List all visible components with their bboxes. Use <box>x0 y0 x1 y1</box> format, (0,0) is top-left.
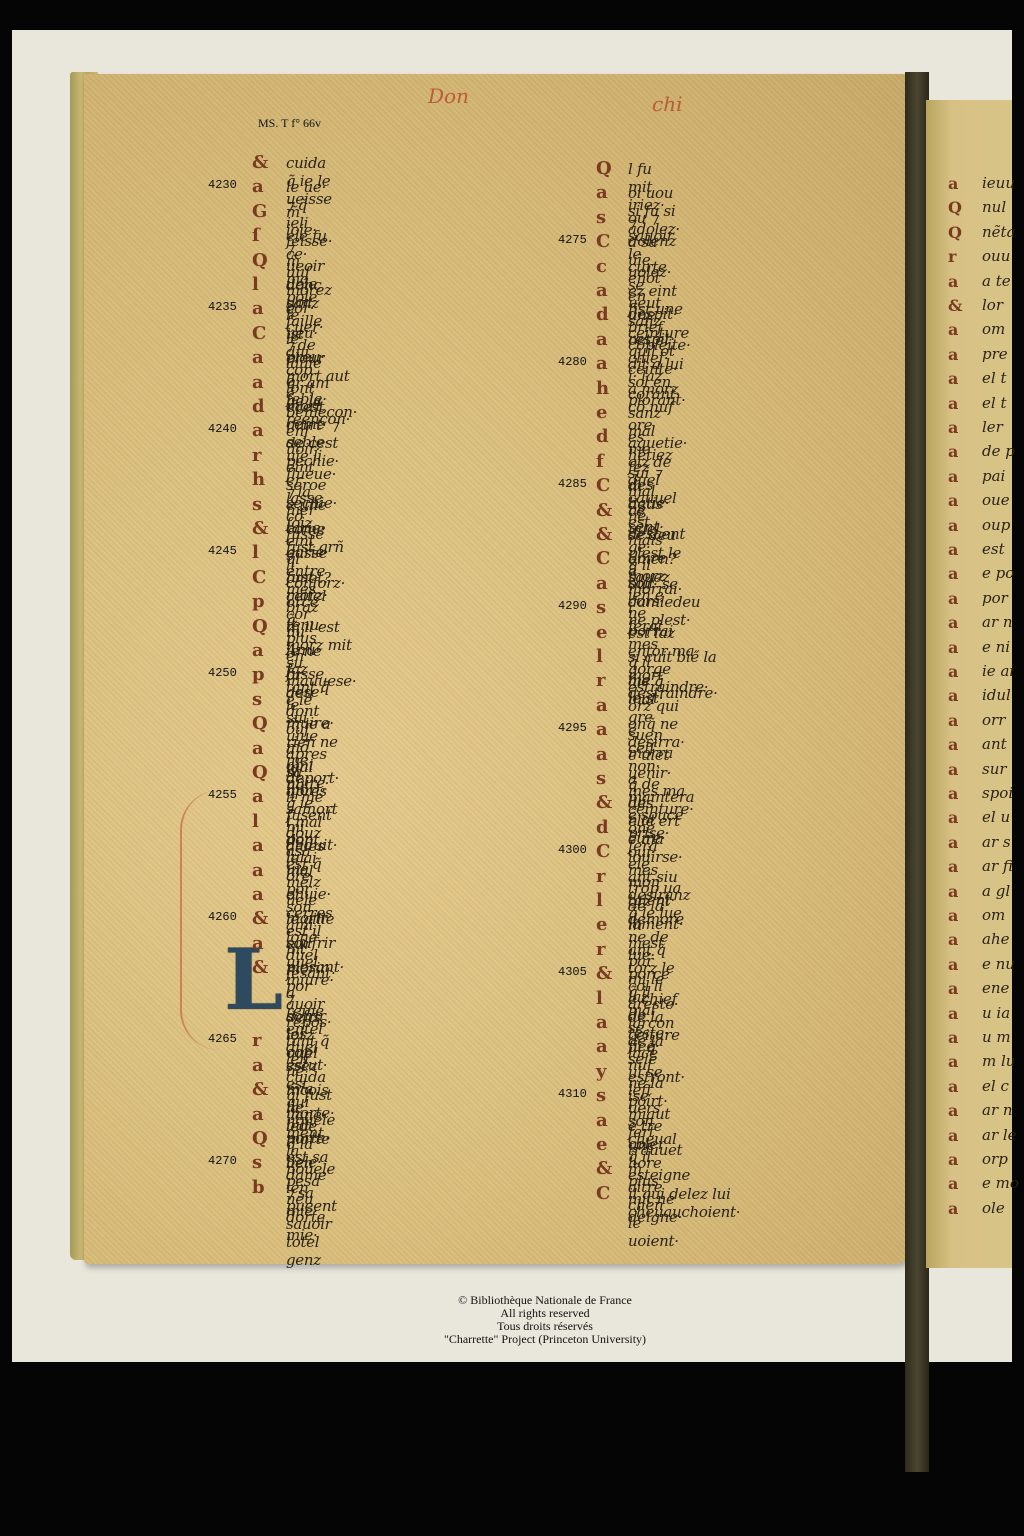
facing-line-initial: a <box>948 1199 958 1218</box>
line-initial: r <box>596 939 605 960</box>
line-initial: h <box>596 378 609 399</box>
line-initial: a <box>252 372 264 393</box>
line-initial: & <box>596 792 612 813</box>
line-initial: c <box>596 256 607 277</box>
line-initial: b <box>252 1177 265 1198</box>
facing-verse-fragment: nẽta <box>982 223 1016 241</box>
line-initial: a <box>252 1055 264 1076</box>
facing-line-initial: a <box>948 418 958 437</box>
facing-verse-fragment: ole <box>982 1199 1005 1217</box>
rubric-left: Don <box>428 84 469 108</box>
facing-verse-fragment: u ia <box>982 1004 1010 1022</box>
line-number: 4250 <box>208 666 237 680</box>
line-number: 4260 <box>208 910 237 924</box>
facing-verse-fragment: e nu <box>982 955 1015 973</box>
facing-verse-fragment: m lu <box>982 1052 1015 1070</box>
facing-line-initial: Q <box>948 198 962 217</box>
line-initial: C <box>596 475 610 496</box>
line-initial: e <box>596 914 607 935</box>
facing-line-initial: a <box>948 784 958 803</box>
line-initial: a <box>596 695 608 716</box>
line-initial: C <box>596 548 610 569</box>
line-initial: a <box>596 280 608 301</box>
line-initial: l <box>596 988 603 1009</box>
facing-line-initial: a <box>948 1174 958 1193</box>
line-initial: l <box>252 811 259 832</box>
facing-line-initial: a <box>948 589 958 608</box>
facing-line-initial: a <box>948 906 958 925</box>
line-initial: p <box>252 664 265 685</box>
facing-line-initial: a <box>948 1126 958 1145</box>
line-initial: Q <box>252 1128 268 1149</box>
line-number: 4235 <box>208 300 237 314</box>
facing-line-initial: a <box>948 662 958 681</box>
line-initial: a <box>252 176 264 197</box>
facing-verse-fragment: ar n <box>982 1101 1013 1119</box>
facing-verse-fragment: est <box>982 540 1005 558</box>
line-initial: a <box>252 835 264 856</box>
facing-line-initial: Q <box>948 223 962 242</box>
facing-line-initial: a <box>948 638 958 657</box>
line-initial: s <box>596 207 606 228</box>
line-number: 4270 <box>208 1154 237 1168</box>
line-initial: r <box>252 445 261 466</box>
line-initial: a <box>596 719 608 740</box>
facing-line-initial: a <box>948 174 958 193</box>
facing-verse-fragment: ene <box>982 979 1009 997</box>
line-initial: a <box>252 347 264 368</box>
copyright-credit: © Bibliothèque Nationale de France All r… <box>400 1294 690 1346</box>
facing-line-initial: a <box>948 394 958 413</box>
line-initial: h <box>252 469 265 490</box>
facing-line-initial: a <box>948 564 958 583</box>
facing-verse-fragment: idul <box>982 686 1011 704</box>
rubric-right: chi <box>652 92 682 116</box>
facing-line-initial: a <box>948 1028 958 1047</box>
line-initial: a <box>596 353 608 374</box>
line-initial: a <box>252 860 264 881</box>
line-initial: r <box>596 866 605 887</box>
facing-verse-fragment: el u <box>982 808 1010 826</box>
facing-line-initial: & <box>948 296 962 315</box>
facing-verse-fragment: e po <box>982 564 1014 582</box>
line-initial: & <box>252 1079 268 1100</box>
line-initial: & <box>596 1158 612 1179</box>
line-initial: a <box>596 573 608 594</box>
line-initial: C <box>596 231 610 252</box>
line-initial: a <box>252 738 264 759</box>
facing-line-initial: a <box>948 320 958 339</box>
facing-verse-fragment: ar fi <box>982 857 1013 875</box>
facing-line-initial: a <box>948 882 958 901</box>
line-number: 4245 <box>208 544 237 558</box>
facing-line-initial: a <box>948 955 958 974</box>
line-initial: C <box>596 841 610 862</box>
facing-verse-fragment: a te <box>982 272 1011 290</box>
line-initial: Q <box>252 250 268 271</box>
facing-verse-fragment: sur <box>982 760 1007 778</box>
line-initial: f <box>596 451 604 472</box>
facing-line-initial: a <box>948 760 958 779</box>
line-initial: a <box>252 1104 264 1125</box>
line-number: 4310 <box>558 1087 587 1101</box>
facing-verse-fragment: ouu <box>982 247 1010 265</box>
facing-line-initial: a <box>948 491 958 510</box>
facing-verse-fragment: ar s <box>982 833 1011 851</box>
facing-line-initial: a <box>948 857 958 876</box>
line-initial: a <box>596 182 608 203</box>
line-initial: C <box>596 1183 610 1204</box>
line-initial: a <box>252 640 264 661</box>
facing-verse-fragment: u m <box>982 1028 1011 1046</box>
facing-verse-fragment: a gl <box>982 882 1010 900</box>
facing-line-initial: a <box>948 808 958 827</box>
facing-verse-fragment: oue <box>982 491 1010 509</box>
facing-verse-fragment: ler <box>982 418 1003 436</box>
line-initial: a <box>252 298 264 319</box>
facing-verse-fragment: e ni <box>982 638 1010 656</box>
line-number: 4305 <box>558 965 587 979</box>
facing-line-initial: a <box>948 711 958 730</box>
line-number: 4280 <box>558 355 587 369</box>
line-initial: d <box>252 396 265 417</box>
line-initial: Q <box>252 713 268 734</box>
facing-verse-fragment: om <box>982 906 1005 924</box>
facing-verse-fragment: e mo <box>982 1174 1019 1192</box>
facing-line-initial: a <box>948 1077 958 1096</box>
line-initial: a <box>596 744 608 765</box>
facing-line-initial: a <box>948 345 958 364</box>
line-initial: & <box>252 908 268 929</box>
facing-verse-fragment: ahe <box>982 930 1009 948</box>
line-initial: a <box>596 1110 608 1131</box>
facing-line-initial: a <box>948 467 958 486</box>
line-initial: & <box>596 500 612 521</box>
line-initial: l <box>596 646 603 667</box>
line-number: 4300 <box>558 843 587 857</box>
line-initial: a <box>252 884 264 905</box>
line-initial: s <box>596 597 606 618</box>
line-initial: a <box>596 329 608 350</box>
line-number: 4290 <box>558 599 587 613</box>
line-initial: p <box>252 591 265 612</box>
credit-line: "Charrette" Project (Princeton Universit… <box>400 1333 690 1346</box>
line-initial: s <box>596 768 606 789</box>
facing-verse-fragment: de p <box>982 442 1015 460</box>
line-initial: s <box>596 1085 606 1106</box>
facing-verse-fragment: ie ai <box>982 662 1014 680</box>
facing-line-initial: a <box>948 979 958 998</box>
facing-verse-fragment: om <box>982 320 1005 338</box>
facing-verse-fragment: orr <box>982 711 1005 729</box>
line-initial: a <box>252 786 264 807</box>
line-number: 4265 <box>208 1032 237 1046</box>
facing-line-initial: a <box>948 833 958 852</box>
facing-verse-fragment: pai <box>982 467 1005 485</box>
shelfmark-label: MS. T f° 66v <box>258 116 321 131</box>
line-initial: y <box>596 1061 606 1082</box>
facing-verse-fragment: ar n <box>982 613 1013 631</box>
facing-line-initial: a <box>948 369 958 388</box>
facing-line-initial: a <box>948 1052 958 1071</box>
line-initial: a <box>596 1036 608 1057</box>
facing-verse-fragment: pre <box>982 345 1008 363</box>
facing-verse-fragment: el c <box>982 1077 1009 1095</box>
facing-line-initial: a <box>948 686 958 705</box>
facing-line-initial: a <box>948 442 958 461</box>
line-initial: & <box>596 963 612 984</box>
facing-verse-fragment: nul <box>982 198 1006 216</box>
facing-line-initial: r <box>948 247 956 266</box>
line-number: 4295 <box>558 721 587 735</box>
line-initial: Q <box>252 616 268 637</box>
line-initial: C <box>252 567 266 588</box>
facing-verse-fragment: orp <box>982 1150 1008 1168</box>
line-initial: & <box>252 957 268 978</box>
facing-verse-fragment: el t <box>982 369 1006 387</box>
line-initial: d <box>596 304 609 325</box>
line-initial: a <box>252 933 264 954</box>
line-initial: G <box>252 201 267 222</box>
line-initial: & <box>596 524 612 545</box>
line-number: 4240 <box>208 422 237 436</box>
facing-verse-fragment: ieuu <box>982 174 1015 192</box>
facing-verse-fragment: por <box>982 589 1008 607</box>
facing-line-initial: a <box>948 930 958 949</box>
facing-line-initial: a <box>948 1004 958 1023</box>
line-number: 4255 <box>208 788 237 802</box>
line-initial: l <box>252 542 259 563</box>
line-initial: l <box>252 274 259 295</box>
facing-verse-fragment: spoi <box>982 784 1013 802</box>
facing-line-initial: a <box>948 516 958 535</box>
line-initial: s <box>252 1152 262 1173</box>
facing-line-initial: a <box>948 613 958 632</box>
line-initial: & <box>252 518 268 539</box>
facing-line-initial: a <box>948 735 958 754</box>
line-initial: a <box>252 420 264 441</box>
line-initial: a <box>596 1012 608 1033</box>
facing-line-initial: a <box>948 540 958 559</box>
line-initial: C <box>252 323 266 344</box>
line-initial: ſ <box>252 225 260 246</box>
facing-line-initial: a <box>948 1150 958 1169</box>
line-initial: d <box>596 817 609 838</box>
line-number: 4230 <box>208 178 237 192</box>
line-number: 4285 <box>558 477 587 491</box>
line-initial: e <box>596 1134 607 1155</box>
line-initial: l <box>596 890 603 911</box>
verse-line: il qui delez lui cheuauchoient· <box>628 1185 740 1221</box>
line-initial: s <box>252 689 262 710</box>
facing-verse-fragment: oup <box>982 516 1010 534</box>
line-initial: r <box>596 670 605 691</box>
line-initial: d <box>596 426 609 447</box>
line-number: 4275 <box>558 233 587 247</box>
facing-verse-fragment: ant <box>982 735 1007 753</box>
verse-line: ien pueent sauoir totel genz <box>286 1179 337 1269</box>
line-initial: r <box>252 1030 261 1051</box>
line-initial: e <box>596 402 607 423</box>
facing-verse-fragment: el t <box>982 394 1006 412</box>
facing-line-initial: a <box>948 1101 958 1120</box>
line-initial: Q <box>252 762 268 783</box>
facing-verse-fragment: lor <box>982 296 1003 314</box>
line-initial: e <box>596 622 607 643</box>
line-initial: s <box>252 494 262 515</box>
facing-verse-fragment: ar le <box>982 1126 1017 1144</box>
line-initial: & <box>252 152 268 173</box>
facing-line-initial: a <box>948 272 958 291</box>
line-initial: Q <box>596 158 612 179</box>
